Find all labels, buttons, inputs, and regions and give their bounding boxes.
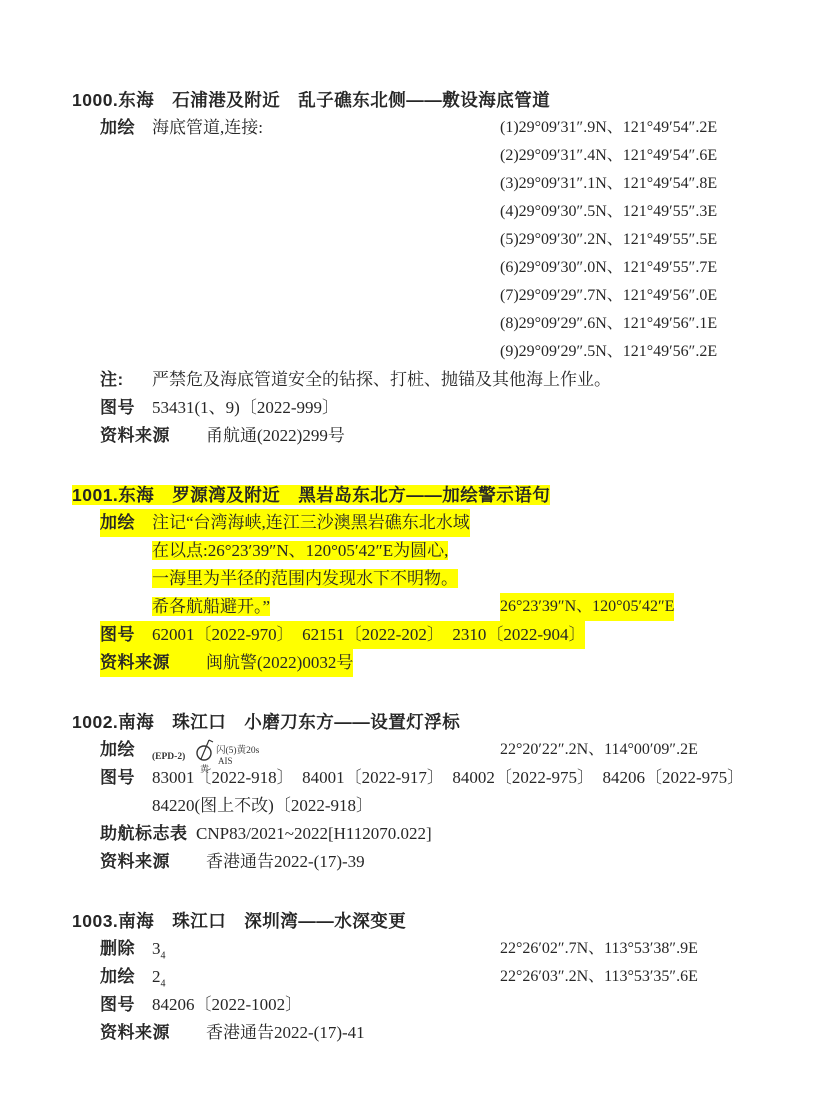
coordinate: (6)29°09′30″.0N、121°49′55″.7E (500, 254, 717, 282)
notice-entry-1001: 1001.东海 罗源湾及附近 黑岩岛东北方——加绘警示语句 加绘注记“台湾海峡,… (72, 481, 772, 677)
add-text-line: 希各航船避开。” (152, 597, 270, 616)
notice-entry-1003: 1003.南海 珠江口 深圳湾——水深变更 删除34 22°26′02″.7N、… (72, 907, 772, 1047)
coordinate: 26°23′39″N、120°05′42″E (500, 593, 674, 621)
add-row: 加绘注记“台湾海峡,连江三沙澳黑岩礁东北水域 (72, 509, 772, 537)
chart-number-row: 图号62001〔2022-970〕 62151〔2022-202〕 2310〔2… (72, 621, 772, 649)
highlighted-line: 加绘注记“台湾海峡,连江三沙澳黑岩礁东北水域 (100, 509, 470, 537)
document-page: 1000.东海 石浦港及附近 乱子礁东北侧——敷设海底管道 加绘海底管道,连接:… (0, 0, 831, 1115)
add-row: 加绘24 22°26′03″.2N、113°53′35″.6E (72, 963, 772, 991)
coordinate-row: (8)29°09′29″.6N、121°49′56″.1E (72, 310, 772, 338)
chart-number-row: 图号84206〔2022-1002〕 (72, 991, 772, 1019)
chart-number: 83001〔2022-918〕 84001〔2022-917〕 84002〔20… (152, 768, 744, 787)
note-row: 注:严禁危及海底管道安全的钻探、打桩、抛锚及其他海上作业。 (72, 366, 772, 394)
chart-number-label: 图号 (100, 394, 152, 422)
chart-number-label: 图号 (100, 621, 152, 649)
depth-decimal: 4 (161, 978, 166, 989)
source-row: 资料来源甬航通(2022)299号 (72, 422, 772, 450)
depth-sounding: 24 (152, 967, 166, 986)
coordinate: (7)29°09′29″.7N、121°49′56″.0E (500, 282, 717, 310)
delete-row: 删除34 22°26′02″.7N、113°53′38″.9E (72, 935, 772, 963)
chart-number-row: 图号83001〔2022-918〕 84001〔2022-917〕 84002〔… (72, 764, 772, 792)
add-label: 加绘 (100, 736, 152, 764)
notice-title: 1002.南海 珠江口 小磨刀东方——设置灯浮标 (72, 708, 772, 736)
source-label: 资料来源 (100, 1019, 206, 1047)
add-continuation-row: 在以点:26°23′39″N、120°05′42″E为圆心, (72, 537, 772, 565)
source-label: 资料来源 (100, 422, 206, 450)
coordinate-row: (4)29°09′30″.5N、121°49′55″.3E (72, 198, 772, 226)
source-text: 闽航警(2022)0032号 (206, 649, 353, 677)
add-continuation-row: 一海里为半径的范围内发现水下不明物。 (72, 565, 772, 593)
coordinate: (4)29°09′30″.5N、121°49′55″.3E (500, 198, 717, 226)
chart-number-label: 图号 (100, 764, 152, 792)
add-label: 加绘 (100, 509, 152, 537)
depth-sounding: 34 (152, 939, 166, 958)
source-label: 资料来源 (100, 848, 206, 876)
highlighted-line: 图号62001〔2022-970〕 62151〔2022-202〕 2310〔2… (100, 621, 585, 649)
depth-decimal: 4 (161, 950, 166, 961)
source-row: 资料来源香港通告2022-(17)-41 (72, 1019, 772, 1047)
add-continuation-row: 希各航船避开。” 26°23′39″N、120°05′42″E (72, 593, 772, 621)
add-label: 加绘 (100, 963, 152, 991)
coordinate-row: (5)29°09′30″.2N、121°49′55″.5E (72, 226, 772, 254)
highlighted-line: 资料来源闽航警(2022)0032号 (100, 649, 353, 677)
add-label: 加绘 (100, 114, 152, 142)
page-content: 1000.东海 石浦港及附近 乱子礁东北侧——敷设海底管道 加绘海底管道,连接:… (72, 86, 772, 1078)
add-text-line: 在以点:26°23′39″N、120°05′42″E为圆心, (152, 541, 448, 560)
chart-number: 62001〔2022-970〕 62151〔2022-202〕 2310〔202… (152, 621, 585, 649)
add-row: 加绘(EPD-2)闪(5)黄20sAIS黄 22°20′22″.2N、114°0… (72, 736, 772, 764)
chart-number: 53431(1、9)〔2022-999〕 (152, 398, 339, 417)
aids-table-row: 助航标志表CNP83/2021~2022[H112070.022] (72, 820, 772, 848)
coordinate: (3)29°09′31″.1N、121°49′54″.8E (500, 170, 717, 198)
aids-table-label: 助航标志表 (100, 820, 196, 848)
coordinate: (1)29°09′31″.9N、121°49′54″.2E (500, 114, 717, 142)
coordinate-row: (2)29°09′31″.4N、121°49′54″.6E (72, 142, 772, 170)
notice-entry-1002: 1002.南海 珠江口 小磨刀东方——设置灯浮标 加绘(EPD-2)闪(5)黄2… (72, 708, 772, 876)
source-row: 资料来源闽航警(2022)0032号 (72, 649, 772, 677)
chart-number-label: 图号 (100, 991, 152, 1019)
coordinate-row: (9)29°09′29″.5N、121°49′56″.2E (72, 338, 772, 366)
notice-title: 1001.东海 罗源湾及附近 黑岩岛东北方——加绘警示语句 (72, 481, 772, 509)
add-row: 加绘海底管道,连接: (1)29°09′31″.9N、121°49′54″.2E (72, 114, 772, 142)
light-buoy-symbol: (EPD-2)闪(5)黄20sAIS黄 (152, 736, 302, 764)
coordinate: (5)29°09′30″.2N、121°49′55″.5E (500, 226, 717, 254)
coordinate: (8)29°09′29″.6N、121°49′56″.1E (500, 310, 717, 338)
notice-entry-1000: 1000.东海 石浦港及附近 乱子礁东北侧——敷设海底管道 加绘海底管道,连接:… (72, 86, 772, 450)
delete-label: 删除 (100, 935, 152, 963)
coordinate: 22°26′02″.7N、113°53′38″.9E (500, 935, 698, 963)
add-text-line: 注记“台湾海峡,连江三沙澳黑岩礁东北水域 (152, 509, 470, 537)
highlighted-title-text: 1001.东海 罗源湾及附近 黑岩岛东北方——加绘警示语句 (72, 485, 550, 505)
source-text: 甬航通(2022)299号 (206, 426, 345, 445)
add-text: 海底管道,连接: (152, 118, 263, 137)
source-text: 香港通告2022-(17)-41 (206, 1023, 365, 1042)
notice-title: 1000.东海 石浦港及附近 乱子礁东北侧——敷设海底管道 (72, 86, 772, 114)
note-label: 注: (100, 366, 152, 394)
depth-main: 2 (152, 967, 161, 986)
chart-number: 84206〔2022-1002〕 (152, 995, 302, 1014)
aids-table-text: CNP83/2021~2022[H112070.022] (196, 824, 432, 843)
chart-number-row: 图号53431(1、9)〔2022-999〕 (72, 394, 772, 422)
add-text-line: 一海里为半径的范围内发现水下不明物。 (152, 569, 458, 588)
coordinate: (9)29°09′29″.5N、121°49′56″.2E (500, 338, 717, 366)
coordinate: 22°20′22″.2N、114°00′09″.2E (500, 736, 698, 764)
source-row: 资料来源香港通告2022-(17)-39 (72, 848, 772, 876)
source-text: 香港通告2022-(17)-39 (206, 852, 365, 871)
chart-number-continuation: 84220(图上不改)〔2022-918〕 (152, 796, 373, 815)
depth-main: 3 (152, 939, 161, 958)
notice-title: 1003.南海 珠江口 深圳湾——水深变更 (72, 907, 772, 935)
coordinate-row: (3)29°09′31″.1N、121°49′54″.8E (72, 170, 772, 198)
coordinate: (2)29°09′31″.4N、121°49′54″.6E (500, 142, 717, 170)
note-text: 严禁危及海底管道安全的钻探、打桩、抛锚及其他海上作业。 (152, 370, 611, 389)
coordinate-row: (6)29°09′30″.0N、121°49′55″.7E (72, 254, 772, 282)
source-label: 资料来源 (100, 649, 206, 677)
chart-number-continuation-row: 84220(图上不改)〔2022-918〕 (72, 792, 772, 820)
coordinate-row: (7)29°09′29″.7N、121°49′56″.0E (72, 282, 772, 310)
coordinate: 22°26′03″.2N、113°53′35″.6E (500, 963, 698, 991)
